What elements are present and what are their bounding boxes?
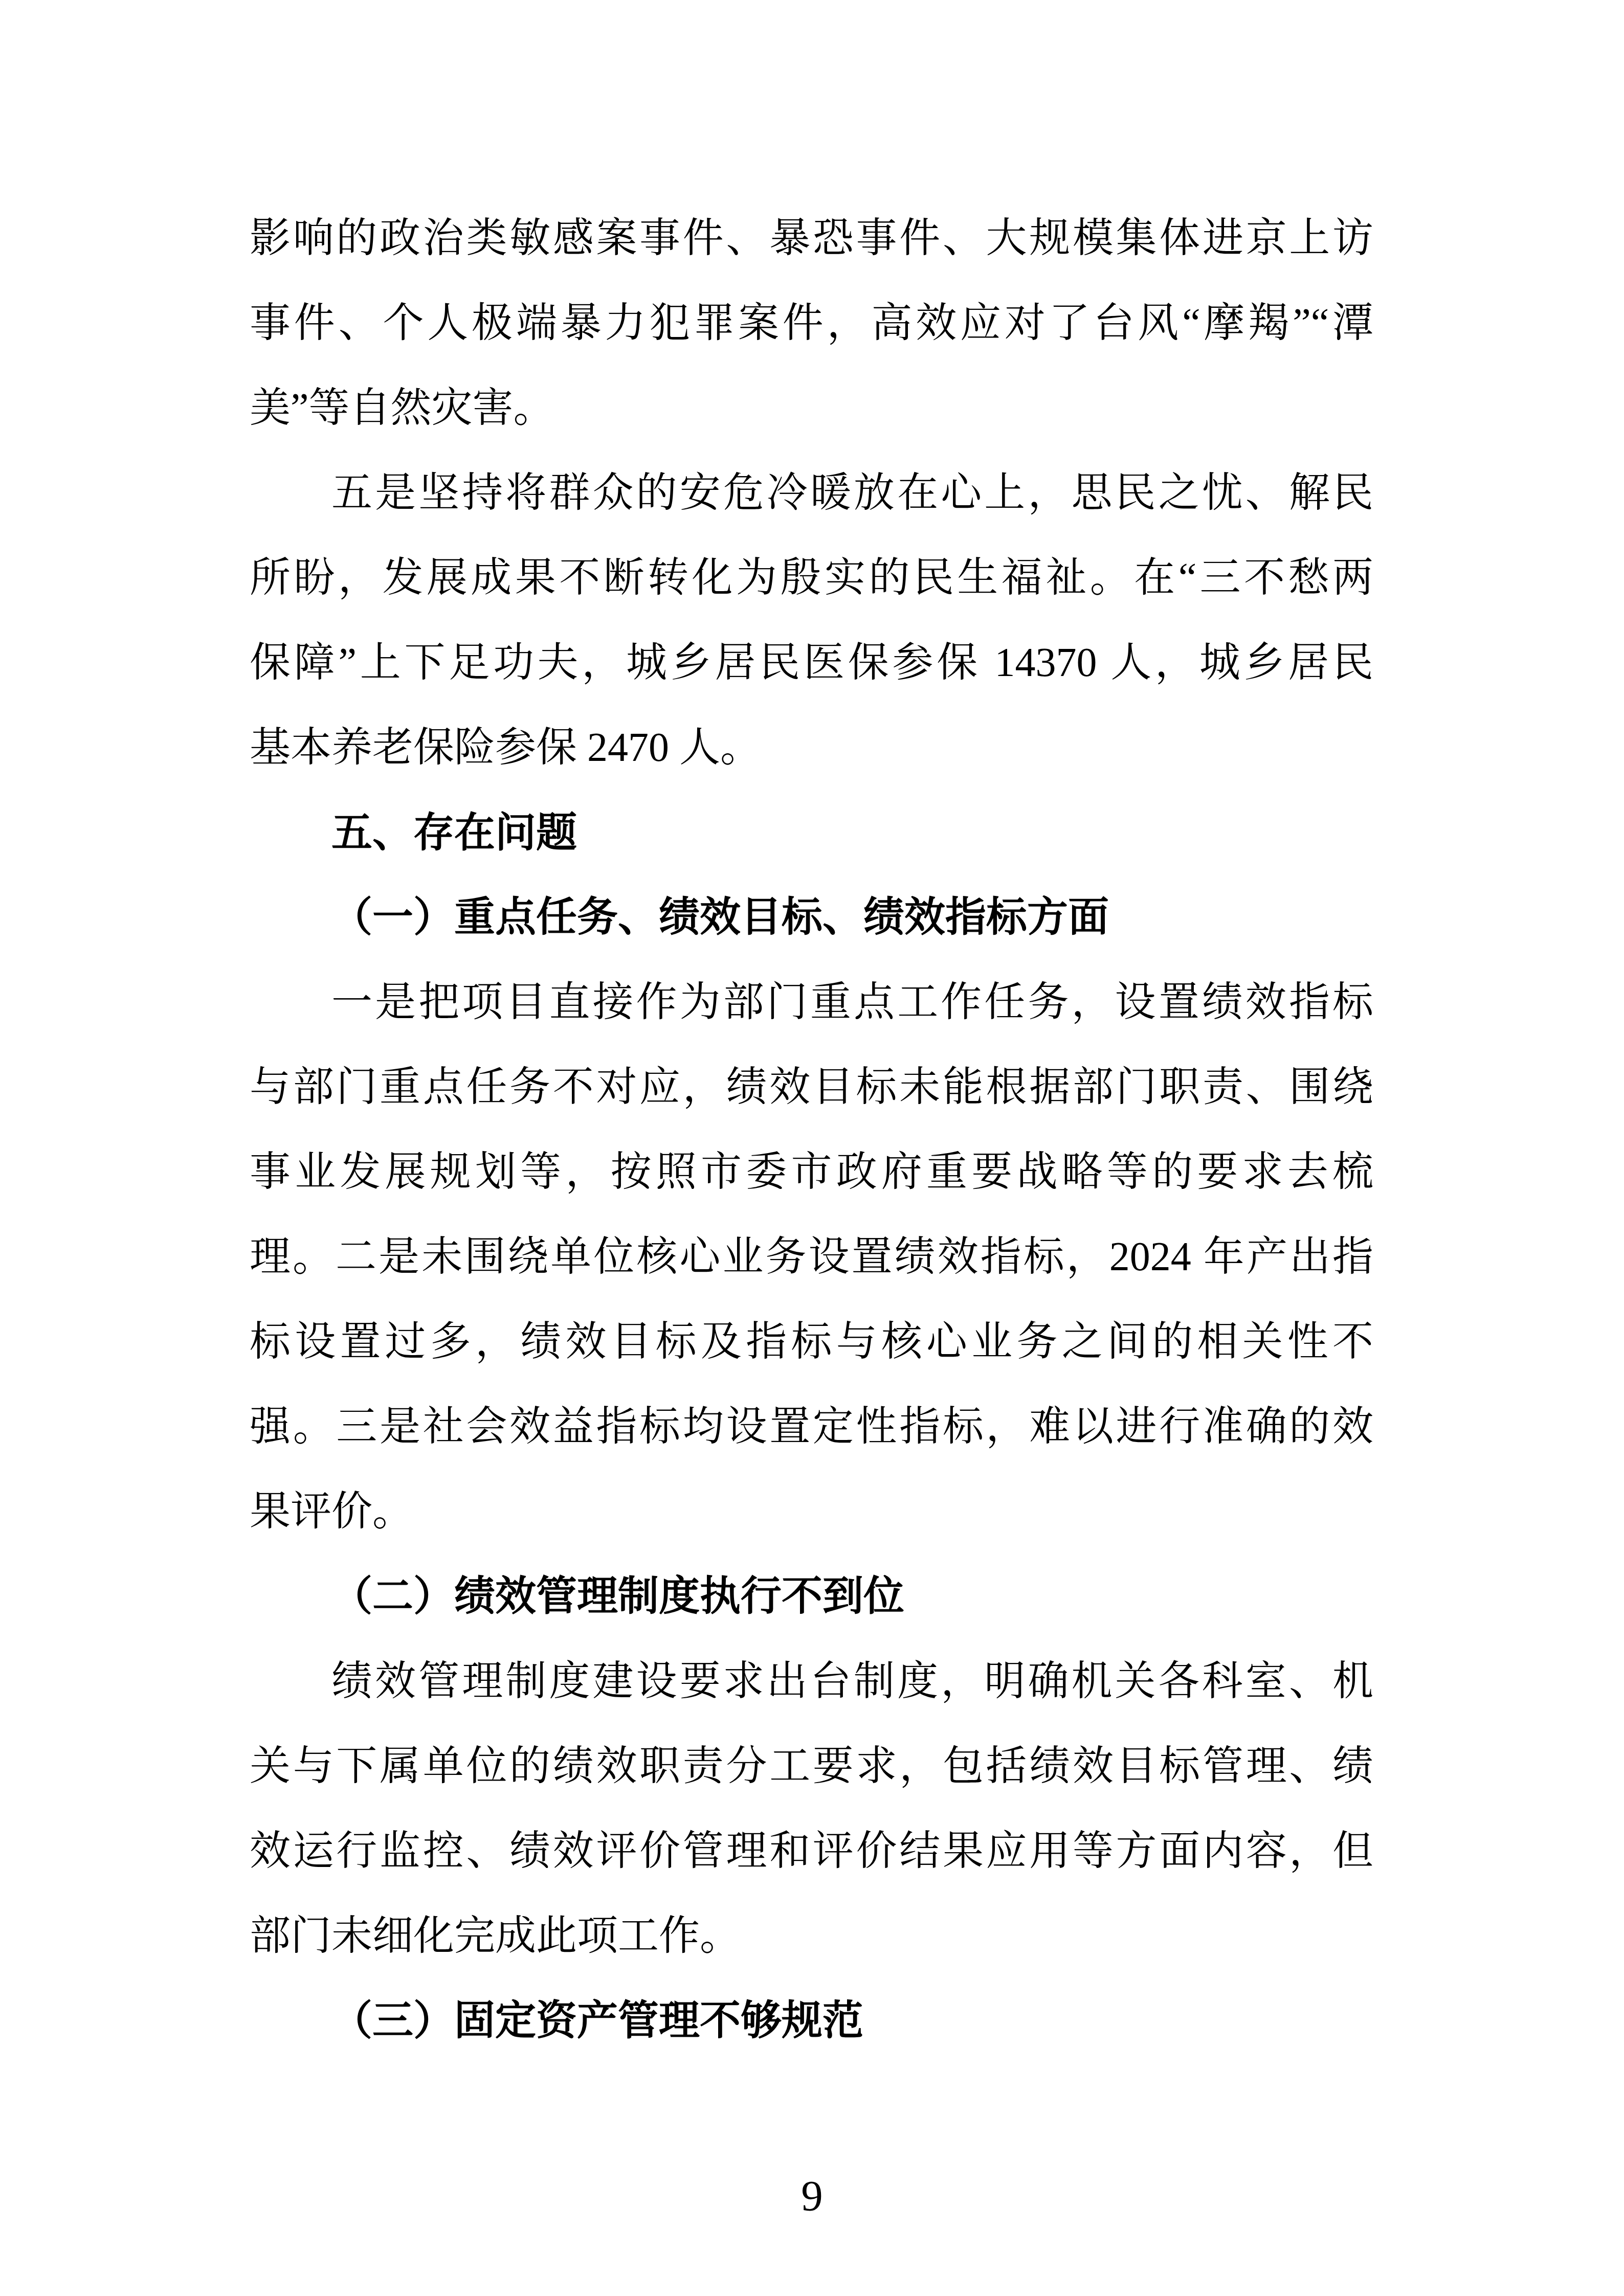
page-number: 9 bbox=[0, 2171, 1624, 2222]
paragraph-line: 理。二是未围绕单位核心业务设置绩效指标，2024 年产出指 bbox=[250, 1214, 1373, 1299]
paragraph-line: 事业发展规划等，按照市委市政府重要战略等的要求去梳 bbox=[250, 1130, 1373, 1214]
paragraph-line: 强。三是社会效益指标均设置定性指标，难以进行准确的效 bbox=[250, 1384, 1373, 1469]
paragraph-line: 效运行监控、绩效评价管理和评价结果应用等方面内容，但 bbox=[250, 1809, 1373, 1894]
paragraph-line: 事件、个人极端暴力犯罪案件，高效应对了台风“摩羯”“潭 bbox=[250, 281, 1373, 366]
subsection-heading: （二）绩效管理制度执行不到位 bbox=[250, 1554, 1373, 1639]
paragraph-line: 所盼，发展成果不断转化为殷实的民生福祉。在“三不愁两 bbox=[250, 535, 1373, 620]
document-page: 影响的政治类敏感案事件、暴恐事件、大规模集体进京上访事件、个人极端暴力犯罪案件，… bbox=[0, 0, 1624, 2296]
text-block: 影响的政治类敏感案事件、暴恐事件、大规模集体进京上访事件、个人极端暴力犯罪案件，… bbox=[250, 196, 1373, 2063]
paragraph-line: 关与下属单位的绩效职责分工要求，包括绩效目标管理、绩 bbox=[250, 1724, 1373, 1809]
paragraph-line: 基本养老保险参保 2470 人。 bbox=[250, 705, 1373, 790]
section-heading: 五、存在问题 bbox=[250, 790, 1373, 875]
paragraph-line: 果评价。 bbox=[250, 1469, 1373, 1554]
subsection-heading: （三）固定资产管理不够规范 bbox=[250, 1978, 1373, 2063]
paragraph-line: 与部门重点任务不对应，绩效目标未能根据部门职责、围绕 bbox=[250, 1045, 1373, 1130]
subsection-heading: （一）重点任务、绩效目标、绩效指标方面 bbox=[250, 875, 1373, 960]
paragraph-line: 部门未细化完成此项工作。 bbox=[250, 1894, 1373, 1978]
paragraph-line: 五是坚持将群众的安危冷暖放在心上，思民之忧、解民 bbox=[250, 451, 1373, 535]
paragraph-line: 保障”上下足功夫，城乡居民医保参保 14370 人，城乡居民 bbox=[250, 620, 1373, 705]
paragraph-line: 美”等自然灾害。 bbox=[250, 366, 1373, 451]
paragraph-line: 绩效管理制度建设要求出台制度，明确机关各科室、机 bbox=[250, 1639, 1373, 1724]
paragraph-line: 影响的政治类敏感案事件、暴恐事件、大规模集体进京上访 bbox=[250, 196, 1373, 281]
paragraph-line: 一是把项目直接作为部门重点工作任务，设置绩效指标 bbox=[250, 960, 1373, 1045]
paragraph-line: 标设置过多，绩效目标及指标与核心业务之间的相关性不 bbox=[250, 1299, 1373, 1384]
